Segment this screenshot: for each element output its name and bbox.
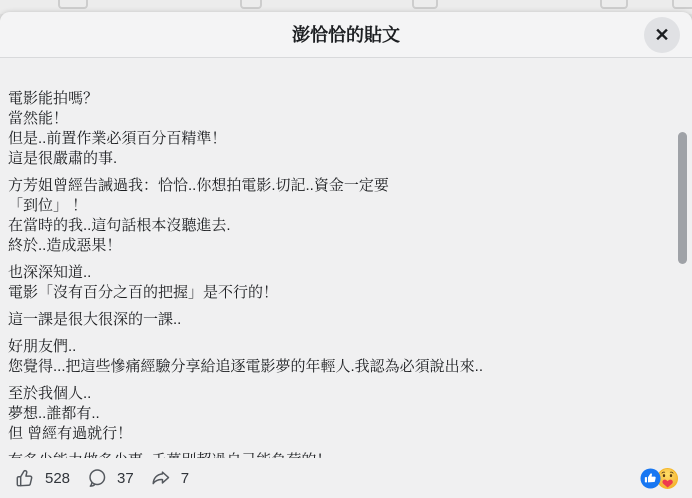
post-line: 方芳姐曾經告誡過我：恰恰..你想拍電影.切記..資金一定要	[8, 176, 666, 196]
post-paragraph: 這一課是很大很深的一課..	[8, 310, 666, 330]
post-line: 但是..前置作業必須百分百精準！	[8, 129, 666, 149]
post-line: 這一課是很大很深的一課..	[8, 310, 666, 330]
post-line: 電影「沒有百分之百的把握」是不行的！	[8, 283, 666, 303]
dialog-title: 澎恰恰的貼文	[0, 12, 692, 58]
close-button[interactable]: ✕	[644, 17, 680, 53]
share-icon	[150, 467, 172, 489]
post-paragraph: 好朋友們..您覺得...把這些慘痛經驗分享給追逐電影夢的年輕人.我認為必須說出來…	[8, 337, 666, 377]
like-count: 528	[45, 470, 70, 487]
post-line: 夢想..誰都有..	[8, 404, 666, 424]
post-paragraph: 也深深知道..電影「沒有百分之百的把握」是不行的！	[8, 263, 666, 303]
stats-group: 528 37	[14, 467, 189, 489]
post-line: 您覺得...把這些慘痛經驗分享給追逐電影夢的年輕人.我認為必須說出來..	[8, 357, 666, 377]
post-line: 好朋友們..	[8, 337, 666, 357]
post-paragraph: 電影能拍嗎？當然能！但是..前置作業必須百分百精準！這是很嚴肅的事.	[8, 89, 666, 169]
post-line: 當然能！	[8, 109, 666, 129]
post-line: 在當時的我..這句話根本沒聽進去.	[8, 216, 666, 236]
share-count-button[interactable]: 7	[150, 467, 189, 489]
post-line: 電影能拍嗎？	[8, 89, 666, 109]
background-app-icon	[672, 0, 692, 9]
post-line: 這是很嚴肅的事.	[8, 149, 666, 169]
post-content: 電影能拍嗎？當然能！但是..前置作業必須百分百精準！這是很嚴肅的事.方芳姐曾經告…	[8, 71, 666, 458]
post-dialog: 澎恰恰的貼文 ✕ 電影能拍嗎？當然能！但是..前置作業必須百分百精準！這是很嚴肅…	[0, 12, 692, 498]
reaction-badges[interactable]	[640, 468, 678, 489]
post-paragraph: 方芳姐曾經告誡過我：恰恰..你想拍電影.切記..資金一定要「到位」 ！在當時的我…	[8, 176, 666, 256]
close-icon: ✕	[654, 25, 669, 45]
post-line: 至於我個人..	[8, 384, 666, 404]
background-app-icon	[58, 0, 88, 9]
comment-icon	[86, 467, 108, 489]
background-app-icon	[600, 0, 628, 9]
thumbs-up-icon	[14, 467, 36, 489]
scrollbar-thumb[interactable]	[678, 132, 687, 264]
dialog-header: 澎恰恰的貼文 ✕	[0, 12, 692, 58]
post-line: 有多少能力做多少事..千萬別超過自己能負荷的！	[8, 451, 666, 458]
like-reaction-icon	[640, 468, 661, 489]
comment-count-button[interactable]: 37	[86, 467, 134, 489]
comment-count: 37	[117, 470, 134, 487]
background-app-icon	[240, 0, 262, 9]
post-paragraph: 至於我個人..夢想..誰都有..但 曾經有過就行！	[8, 384, 666, 444]
like-count-button[interactable]: 528	[14, 467, 70, 489]
screen: 澎恰恰的貼文 ✕ 電影能拍嗎？當然能！但是..前置作業必須百分百精準！這是很嚴肅…	[0, 0, 692, 498]
post-line: 終於..造成惡果！	[8, 236, 666, 256]
background-app-icon	[412, 0, 438, 9]
post-line: 也深深知道..	[8, 263, 666, 283]
post-line: 但 曾經有過就行！	[8, 424, 666, 444]
engagement-bar: 528 37	[0, 458, 692, 498]
share-count: 7	[181, 470, 189, 487]
post-paragraph: 有多少能力做多少事..千萬別超過自己能負荷的！	[8, 451, 666, 458]
post-line: 「到位」 ！	[8, 196, 666, 216]
